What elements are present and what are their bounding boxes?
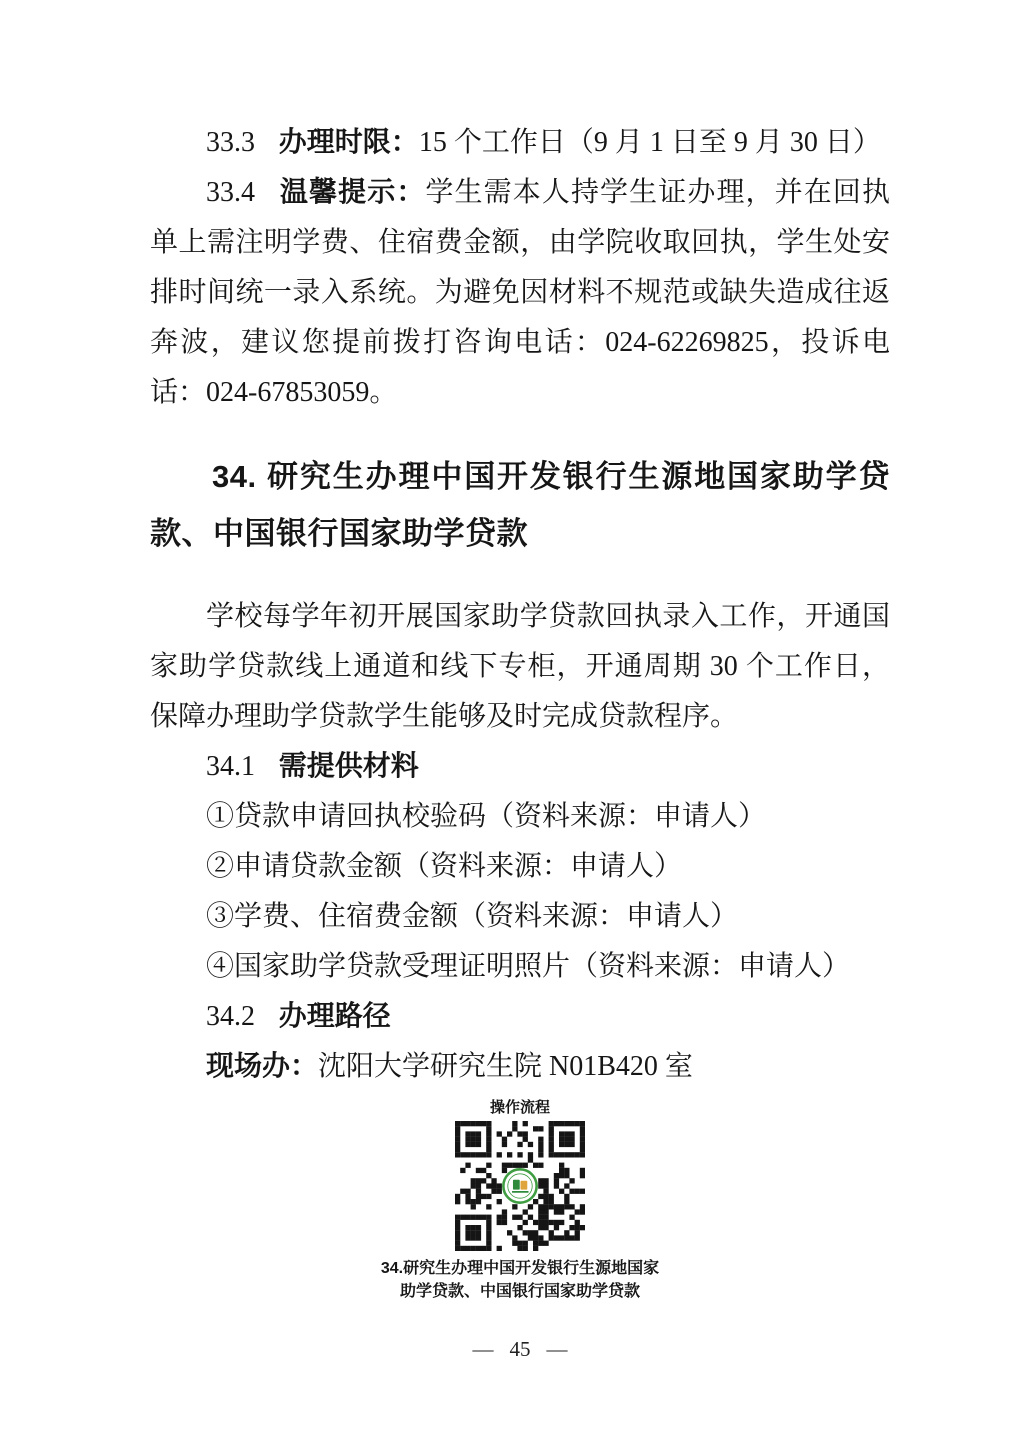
- material-item-4: ④国家助学贷款受理证明照片（资料来源：申请人）: [150, 942, 890, 992]
- material-item-1: ①贷款申请回执校验码（资料来源：申请人）: [150, 792, 890, 842]
- page-content: 33.3办理时限：15 个工作日（9 月 1 日至 9 月 30 日） 33.4…: [0, 0, 1024, 1362]
- section-number-33-4: 33.4: [206, 177, 255, 208]
- page-number-value: 45: [510, 1337, 531, 1361]
- material-item-2: ②申请贷款金额（资料来源：申请人）: [150, 842, 890, 892]
- paragraph-34-intro: 学校每学年初开展国家助学贷款回执录入工作，开通国家助学贷款线上通道和线下专柜，开…: [150, 592, 890, 742]
- page-number: —45—: [150, 1337, 890, 1362]
- section-heading-34: 34. 研究生办理中国开发银行生源地国家助学贷款、中国银行国家助学贷款: [150, 448, 890, 562]
- subsection-number-34-1: 34.1: [206, 751, 255, 782]
- onsite-line: 现场办：沈阳大学研究生院 N01B420 室: [150, 1042, 890, 1092]
- subsection-label-34-2: 办理路径: [279, 1001, 391, 1032]
- subsection-34-1: 34.1需提供材料: [150, 742, 890, 792]
- onsite-text: 沈阳大学研究生院 N01B420 室: [318, 1051, 693, 1082]
- qr-code: [455, 1121, 585, 1251]
- subsection-number-34-2: 34.2: [206, 1001, 255, 1032]
- page-number-dash-left: —: [473, 1337, 494, 1361]
- paragraph-33-3: 33.3办理时限：15 个工作日（9 月 1 日至 9 月 30 日）: [150, 118, 890, 168]
- qr-caption-line2: 助学贷款、中国银行国家助学贷款: [400, 1283, 640, 1300]
- qr-caption-line1: 34.研究生办理中国开发银行生源地国家: [381, 1260, 659, 1277]
- document-page: 33.3办理时限：15 个工作日（9 月 1 日至 9 月 30 日） 33.4…: [0, 0, 1024, 1448]
- subsection-label-34-1: 需提供材料: [279, 751, 419, 782]
- page-number-dash-right: —: [547, 1337, 568, 1361]
- section-text-33-4: 学生需本人持学生证办理，并在回执单上需注明学费、住宿费金额，由学院收取回执，学生…: [150, 177, 890, 408]
- material-item-3: ③学费、住宿费金额（资料来源：申请人）: [150, 892, 890, 942]
- paragraph-33-4: 33.4温馨提示：学生需本人持学生证办理，并在回执单上需注明学费、住宿费金额，由…: [150, 168, 890, 418]
- qr-section: 操作流程 34.研究生办理中国开发银行生源地国家助学贷款、中国银行国家助学贷款: [150, 1098, 890, 1303]
- qr-caption: 34.研究生办理中国开发银行生源地国家助学贷款、中国银行国家助学贷款: [150, 1257, 890, 1303]
- section-label-33-4: 温馨提示：: [279, 177, 426, 208]
- qr-title: 操作流程: [150, 1098, 890, 1118]
- subsection-34-2: 34.2办理路径: [150, 992, 890, 1042]
- section-label-33-3: 办理时限：: [279, 127, 419, 158]
- section-text-33-3: 15 个工作日（9 月 1 日至 9 月 30 日）: [419, 127, 881, 158]
- section-number-33-3: 33.3: [206, 127, 255, 158]
- onsite-label: 现场办：: [206, 1051, 318, 1082]
